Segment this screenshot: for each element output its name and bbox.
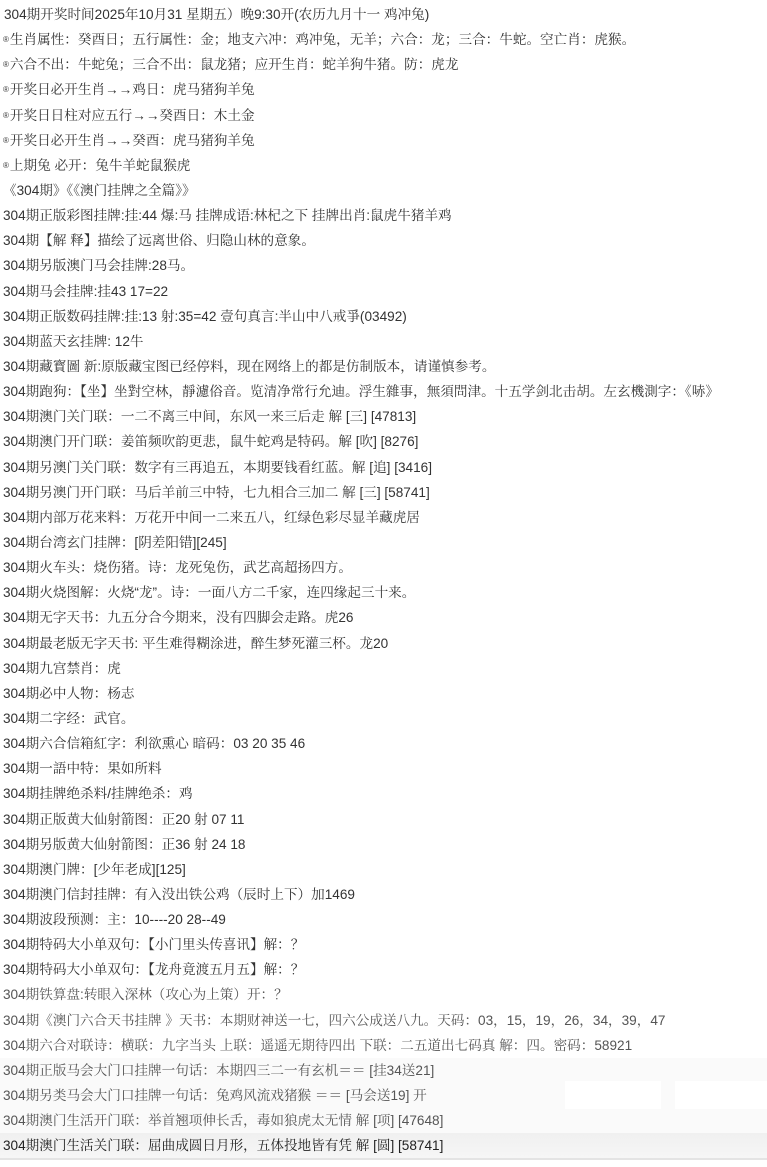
- list-item: 304期波段预测：主：10----20 28--49: [0, 907, 767, 932]
- article-content: 304期开奖时间2025年10月31 星期五）晚9:30开(农历九月十一 鸡冲兔…: [0, 0, 767, 1160]
- list-item: 304期台湾玄门挂牌：[阴差阳错][245]: [0, 530, 767, 555]
- blank-patch: [565, 1081, 661, 1109]
- list-item: 304期蓝天玄挂牌: 12牛: [0, 329, 767, 354]
- list-item: 304期正版黄大仙射箭图：正20 射 07 11: [0, 807, 767, 832]
- must-open-rooster-day-line: ®开奖日必开生肖→→鸡日：虎马猪狗羊兔: [0, 77, 767, 102]
- list-item: 304期澳门生活开门联：举首翘项伸长舌，毒如狼虎太无情 解 [项] [47648…: [0, 1108, 767, 1133]
- last-period-line: ®上期兔 必开：兔牛羊蛇鼠猴虎: [0, 153, 767, 178]
- list-item: 304期铁算盘:转眼入深林（攻心为上策）开：？: [0, 982, 767, 1007]
- list-item: 304期另澳门关门联：数字有三再追五，本期要钱看红蓝。解 [追] [3416]: [0, 455, 767, 480]
- list-item: 304期火烧图解：火烧“龙”。诗：一面八方二千家，连四缘起三十来。: [0, 580, 767, 605]
- registered-mark-icon: ®: [3, 85, 9, 94]
- list-item: 304期六合信箱紅字：利欲熏心 暗码：03 20 35 46: [0, 731, 767, 756]
- list-item: 304期澳门关门联：一二不离三中间，东风一来三后走 解 [三] [47813]: [0, 404, 767, 429]
- list-item: 304期澳门生活关门联：屈曲成圆日月形，五体投地皆有凭 解 [圆] [58741…: [0, 1133, 767, 1160]
- list-item: 304期澳门牌：[少年老成][125]: [0, 857, 767, 882]
- list-item: 304期九宫禁肖：虎: [0, 656, 767, 681]
- list-item: 304期马会挂牌:挂43 17=22: [0, 279, 767, 304]
- list-item: 304期六合对联诗：横联：九字当头 上联：遥遥无期待四出 下联：二五道出七码真 …: [0, 1033, 767, 1058]
- list-item: 304期藏寳圖 新:原版藏宝图已经停料，现在网络上的都是仿制版本，请谨慎参考。: [0, 354, 767, 379]
- registered-mark-icon: ®: [3, 136, 9, 145]
- section-title: 《304期》《《澳门挂牌之全篇》》: [0, 178, 767, 203]
- must-open-guiyou-line: ®开奖日必开生肖→→癸酉：虎马猪狗羊兔: [0, 128, 767, 153]
- draw-time-line: 304期开奖时间2025年10月31 星期五）晚9:30开(农历九月十一 鸡冲兔…: [0, 2, 767, 27]
- registered-mark-icon: ®: [3, 35, 9, 44]
- list-item: 304期火车头：烧伤猪。诗：龙死兔伤，武艺高超扬四方。: [0, 555, 767, 580]
- list-item: 304期另版澳门马会挂牌:28马。: [0, 253, 767, 278]
- list-item: 304期跑狗：【坐】坐對空林，靜濾俗音。览清净常行允迪。浮生雜事，無須問津。十五…: [0, 379, 767, 404]
- registered-mark-icon: ®: [3, 60, 9, 69]
- day-pillar-five-elements-line: ®开奖日日柱对应五行→→癸酉日：木土金: [0, 103, 767, 128]
- list-item: 304期澳门信封挂牌：有入没出铁公鸡（辰时上下）加1469: [0, 882, 767, 907]
- list-item: 304期另版黄大仙射箭图：正36 射 24 18: [0, 832, 767, 857]
- list-item: 304期无字天书：九五分合今期来，没有四脚会走路。虎26: [0, 605, 767, 630]
- blank-patch: [675, 1081, 767, 1109]
- list-item: 304期正版彩图挂牌:挂:44 爆:马 挂牌成语:林杞之下 挂牌出肖:鼠虎牛猪羊…: [0, 203, 767, 228]
- registered-mark-icon: ®: [3, 111, 9, 120]
- list-item: 304期【解 释】描绘了远离世俗、归隐山林的意象。: [0, 228, 767, 253]
- registered-mark-icon: ®: [3, 161, 9, 170]
- list-item: 304期挂牌绝杀料/挂牌绝杀：鸡: [0, 781, 767, 806]
- list-item: 304期《澳门六合天书挂牌 》天书：本期财神送一七，四六公成送八九。天码：03，…: [0, 1008, 767, 1033]
- list-item: 304期一語中特：果如所料: [0, 756, 767, 781]
- list-item: 304期二字经：武官。: [0, 706, 767, 731]
- list-item: 304期正版数码挂牌:挂:13 射:35=42 壹句真言:半山中八戒爭(0349…: [0, 304, 767, 329]
- list-item: 304期澳门开门联：姜笛频吹韵更悲，鼠牛蛇鸡是特码。解 [吹] [8276]: [0, 429, 767, 454]
- list-item: 304期另澳门开门联：马后羊前三中特，七九相合三加二 解 [三] [58741]: [0, 480, 767, 505]
- list-item: 304期最老版无字天书: 平生难得糊涂进，醉生梦死灌三杯。龙20: [0, 631, 767, 656]
- liuhe-not-out-line: ®六合不出：牛蛇兔；三合不出：鼠龙猪；应开生肖：蛇羊狗牛猪。防：虎龙: [0, 52, 767, 77]
- zodiac-attributes-line: ®生肖属性：癸酉日；五行属性：金；地支六冲：鸡冲兔，无羊；六合：龙；三合：牛蛇。…: [0, 27, 767, 52]
- list-item: 304期内部万花来料：万花开中间一二来五八，红绿色彩尽显羊藏虎居: [0, 505, 767, 530]
- list-item: 304期特码大小单双句：【龙舟竟渡五月五】解：？: [0, 957, 767, 982]
- list-item: 304期正版马会大门口挂牌一句话：本期四三二一有玄机＝＝ [挂34送21]: [0, 1058, 767, 1083]
- list-item: 304期特码大小单双句：【小门里头传喜讯】解：？: [0, 932, 767, 957]
- list-item: 304期必中人物：杨志: [0, 681, 767, 706]
